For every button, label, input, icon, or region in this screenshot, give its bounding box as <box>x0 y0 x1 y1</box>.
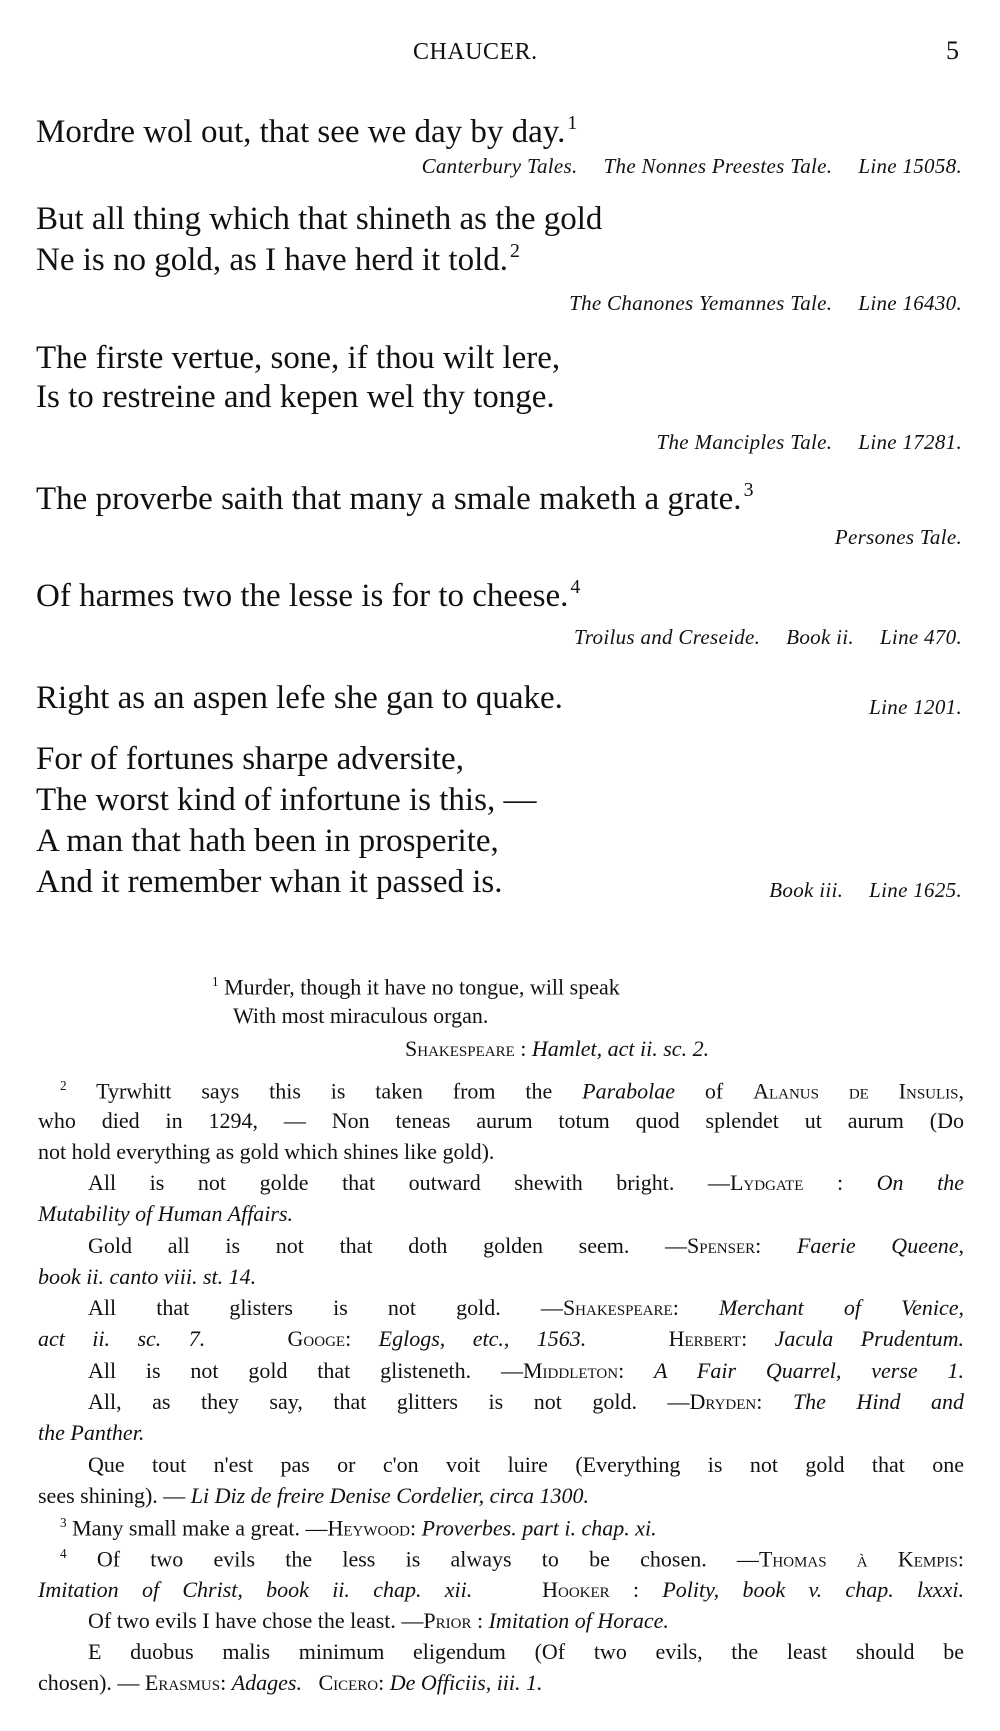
footnote-ref[interactable]: 2 <box>510 240 520 262</box>
footnote-line: book ii. canto viii. st. 14. <box>38 1266 964 1288</box>
footnote-line: 3 Many small make a great. —Heywood: Pro… <box>58 1516 657 1540</box>
verse-line: The firste vertue, sone, if thou wilt le… <box>36 342 560 375</box>
footnote-line: All is not golde that outward shewith br… <box>88 1172 964 1194</box>
footnote-attribution: Shakespeare : Hamlet, act ii. sc. 2. <box>405 1038 709 1060</box>
footnote-ref[interactable]: 4 <box>570 576 580 598</box>
footnote-line: All that glisters is not gold. —Shakespe… <box>88 1297 964 1319</box>
footnote-line: Imitation of Christ, book ii. chap. xii.… <box>38 1579 964 1601</box>
citation: Troilus and Creseide.Book ii.Line 470. <box>574 627 962 648</box>
footnote-line: Que tout n'est pas or c'on voit luire (E… <box>88 1454 964 1476</box>
verse-line: The worst kind of infortune is this, — <box>36 784 536 817</box>
footnote-line: E duobus malis minimum eligendum (Of two… <box>88 1641 964 1663</box>
running-title: CHAUCER. <box>413 40 538 64</box>
citation: Line 1201. <box>869 697 962 718</box>
footnote-line: 2 Tyrwhitt says this is taken from the P… <box>58 1079 964 1103</box>
footnote-line: 4 Of two evils the less is always to be … <box>58 1547 964 1571</box>
footnote-line: chosen). — Erasmus: Adages. Cicero: De O… <box>38 1672 543 1694</box>
citation: The Manciples Tale.Line 17281. <box>657 432 962 453</box>
footnote-number: 1 <box>212 974 219 989</box>
footnote-line: All, as they say, that glitters is not g… <box>88 1391 964 1413</box>
verse-line: Mordre wol out, that see we day by day.1 <box>36 114 577 149</box>
citation: Canterbury Tales.The Nonnes Preestes Tal… <box>422 156 962 177</box>
verse-line: Of harmes two the lesse is for to cheese… <box>36 578 580 613</box>
citation: The Chanones Yemannes Tale.Line 16430. <box>569 293 962 314</box>
footnote-line: With most miraculous organ. <box>233 1005 488 1027</box>
footnote-ref[interactable]: 3 <box>744 479 754 501</box>
footnote-line: Gold all is not that doth golden seem. —… <box>88 1235 964 1257</box>
footnote-line: sees shining). — Li Diz de freire Denise… <box>38 1485 964 1507</box>
footnote-line: not hold everything as gold which shines… <box>38 1141 964 1163</box>
verse-line: And it remember whan it passed is. <box>36 866 502 899</box>
footnote-line: act ii. sc. 7. Googe: Eglogs, etc., 1563… <box>38 1328 964 1350</box>
footnote-line: All is not gold that glisteneth. —Middle… <box>88 1360 964 1382</box>
verse-line: Ne is no gold, as I have herd it told.2 <box>36 242 520 277</box>
verse-line: Right as an aspen lefe she gan to quake. <box>36 682 563 715</box>
verse-line: But all thing which that shineth as the … <box>36 203 602 236</box>
footnote-line: Mutability of Human Affairs. <box>38 1203 964 1225</box>
footnote-line: Of two evils I have chose the least. —Pr… <box>88 1610 669 1632</box>
page-number: 5 <box>946 38 959 64</box>
verse-line: For of fortunes sharpe adversite, <box>36 743 464 776</box>
verse-line: Is to restreine and kepen wel thy tonge. <box>36 381 555 414</box>
footnote-ref[interactable]: 1 <box>567 112 577 134</box>
verse-line: A man that hath been in prosperite, <box>36 825 499 858</box>
citation: Book iii.Line 1625. <box>769 880 962 901</box>
footnote-line: who died in 1294, — Non teneas aurum tot… <box>38 1110 964 1132</box>
verse-line: The proverbe saith that many a smale mak… <box>36 481 753 516</box>
footnote-line: 1 Murder, though it have no tongue, will… <box>210 975 620 999</box>
citation: Persones Tale. <box>835 527 962 548</box>
footnote-line: the Panther. <box>38 1422 964 1444</box>
